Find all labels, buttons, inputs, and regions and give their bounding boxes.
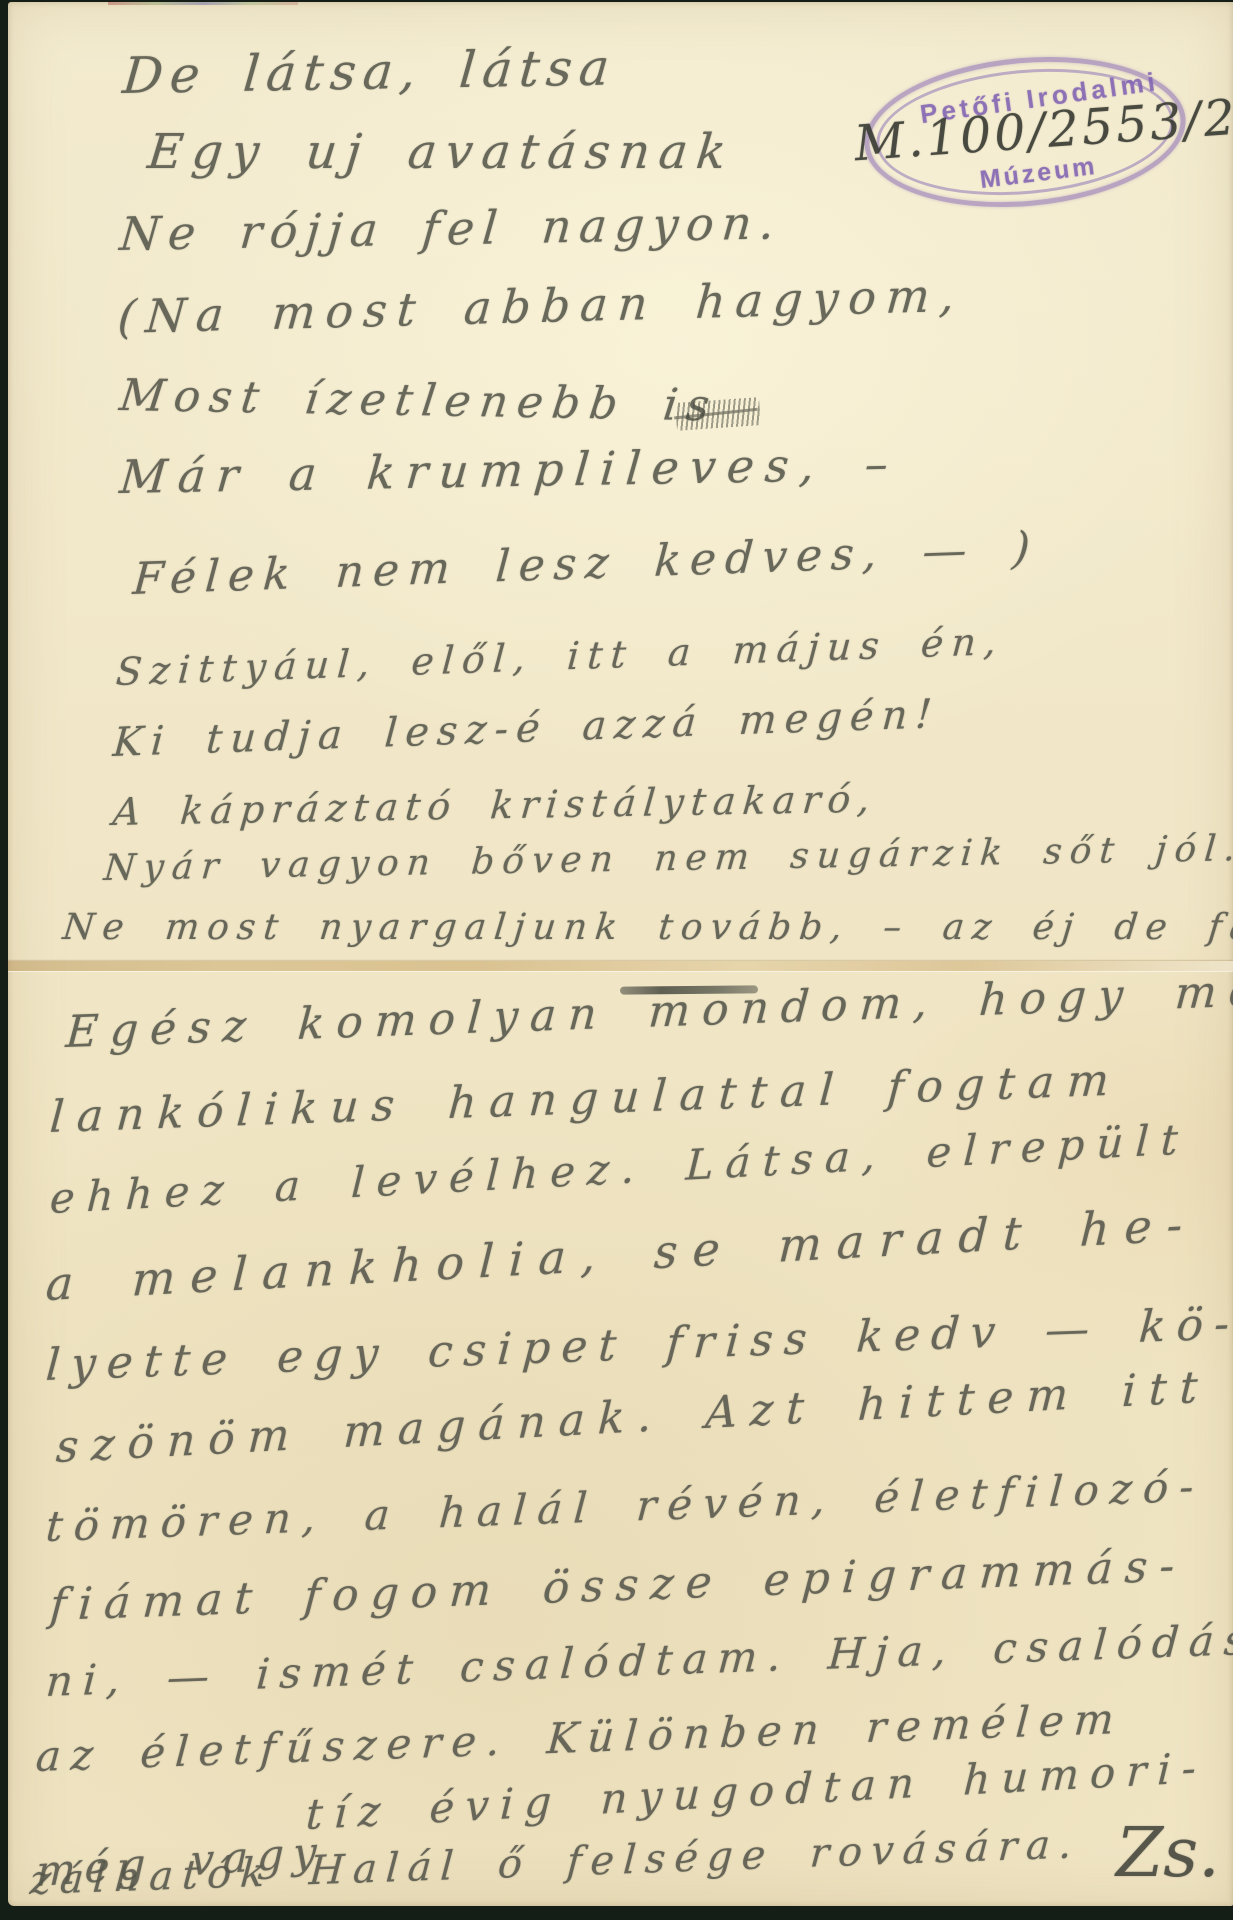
handwriting-line: Félek nem lesz kedves, — ) [131, 522, 1040, 605]
handwriting-line: A kápráztató kristálytakaró, [111, 777, 878, 834]
handwriting-line: tömören, a halál révén, életfilozó- [44, 1461, 1206, 1551]
handwriting-line: ni, — ismét csalódtam. Hja, csalódás [44, 1615, 1233, 1706]
handwriting-line: Egész komolyan mondom, hogy me- [64, 964, 1233, 1058]
handwriting-line: Egy uj avatásnak [145, 124, 738, 180]
handwriting-line: De látsa, látsa [120, 38, 618, 105]
handwriting-line: Már a krumplileves, – [118, 436, 902, 504]
handwriting-line: Ki tudja lesz-é azzá megén! [111, 691, 941, 766]
handwriting-line: Szittyául, elől, itt a május én, [114, 619, 1005, 694]
scanner-noise-artifact [108, 2, 298, 5]
handwriting-line: Most ízetlenebb is [117, 370, 721, 431]
crossed-out-scribble [675, 397, 761, 431]
handwriting-line: Ne most nyargaljunk tovább, – az éj de f… [61, 907, 1233, 948]
letter-page: Petőfi Irodalmi Múzeum M.100/2553/2 De l… [8, 2, 1233, 1906]
emphasis-stroke [620, 985, 758, 994]
handwriting-line: fiámat fogom össze epigrammás- [48, 1540, 1188, 1631]
handwriting-line: (Na most abban hagyom, [116, 268, 967, 344]
handwriting-line: Ne rójja fel nagyon. [118, 195, 785, 261]
handwriting-line: Nyár vagyon bőven nem sugárzik sőt jól. [102, 828, 1233, 889]
fold-crease [8, 961, 1233, 971]
handwriting-line: zálhatók Halál ő felsége rovására. [28, 1821, 1082, 1904]
signature: Zs. [1116, 1814, 1220, 1893]
